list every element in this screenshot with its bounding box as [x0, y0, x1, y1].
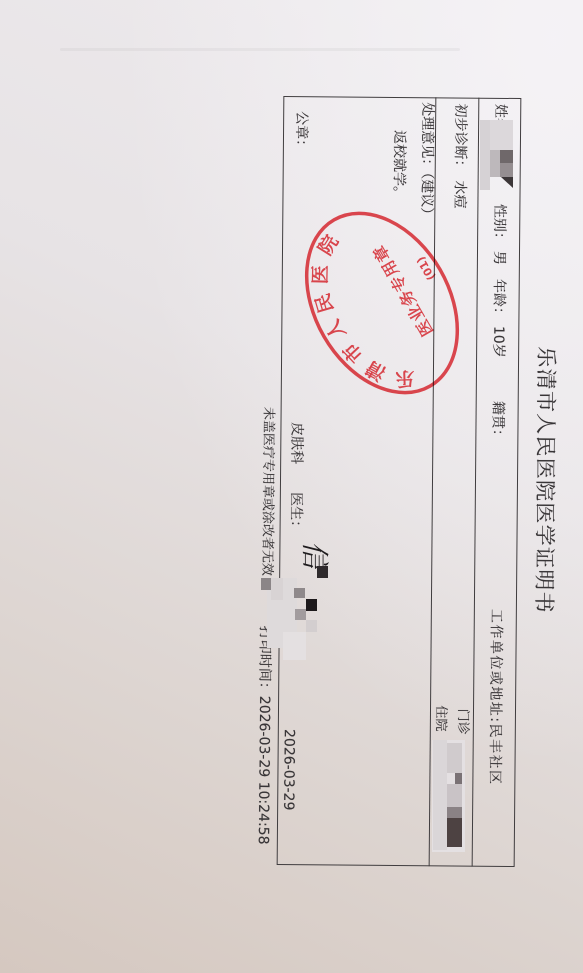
stamp-center-text: 医业务专用章: [369, 242, 436, 340]
certificate-photo: 乐清市人民医院医学证明书 姓名： 性别： 男 年龄： 10岁 籍贯： 工作单位或…: [0, 0, 583, 973]
medical-certificate: 乐清市人民医院医学证明书 姓名： 性别： 男 年龄： 10岁 籍贯： 工作单位或…: [0, 0, 583, 973]
stamp-outer-text: 乐清市人民医院: [281, 226, 424, 414]
stamp-ring: [276, 186, 488, 419]
hospital-stamp: 乐清市人民医院 医业务专用章 (01): [0, 0, 583, 973]
